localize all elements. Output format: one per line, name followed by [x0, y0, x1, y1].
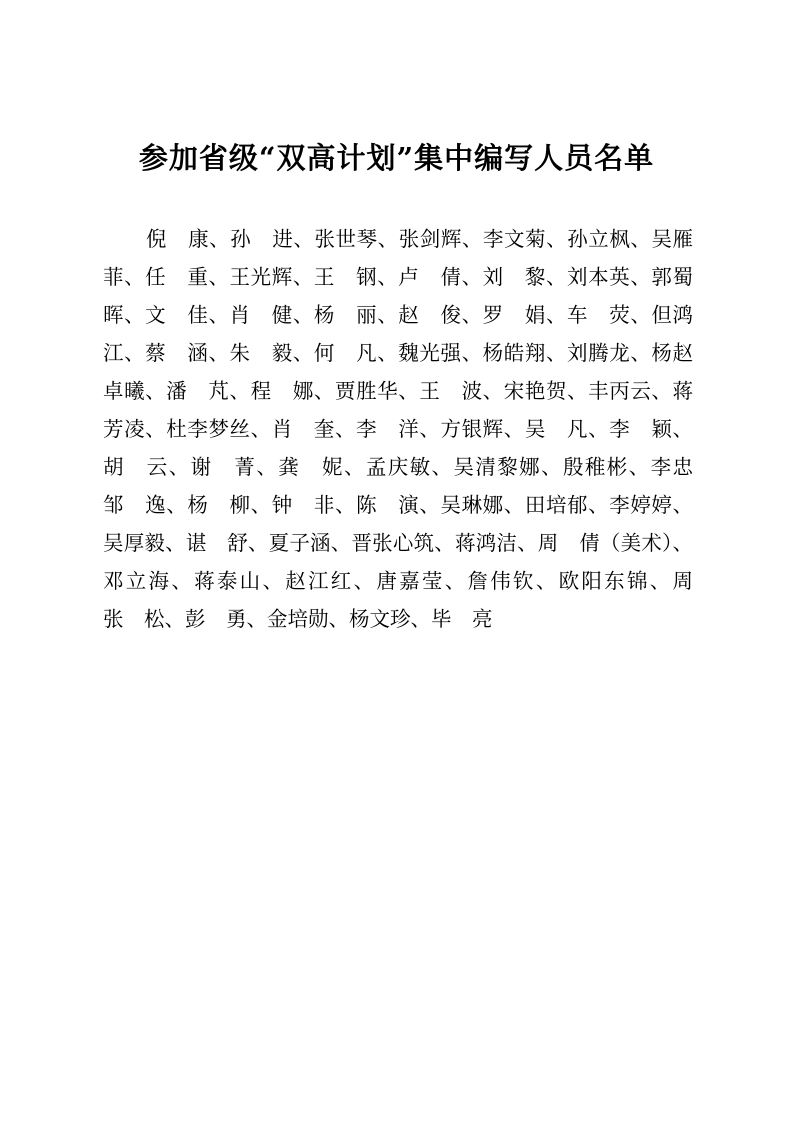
name-list-line: 晖、文 佳、肖 健、杨 丽、赵 俊、罗 娟、车 荧、但鸿 [103, 296, 693, 334]
name-list-line: 胡 云、谢 菁、龚 妮、孟庆敏、吴清黎娜、殷稚彬、李忠霖、 [103, 448, 693, 486]
name-list-line: 邹 逸、杨 柳、钟 非、陈 演、吴琳娜、田培郁、李婷婷、 [103, 486, 693, 524]
page-title: 参加省级“双高计划”集中编写人员名单 [0, 0, 793, 178]
document-page: 参加省级“双高计划”集中编写人员名单 倪 康、孙 进、张世琴、张剑辉、李文菊、孙… [0, 0, 793, 1122]
name-list-line: 卓曦、潘 芃、程 娜、贾胜华、王 波、宋艳贺、丰丙云、蒋 [103, 372, 693, 410]
name-list-line: 菲、任 重、王光辉、王 钢、卢 倩、刘 黎、刘本英、郭蜀 [103, 258, 693, 296]
name-list-line: 江、蔡 涵、朱 毅、何 凡、魏光强、杨皓翔、刘腾龙、杨赵 [103, 334, 693, 372]
name-list-paragraph: 倪 康、孙 进、张世琴、张剑辉、李文菊、孙立枫、吴雁 菲、任 重、王光辉、王 钢… [103, 220, 693, 638]
name-list-line: 倪 康、孙 进、张世琴、张剑辉、李文菊、孙立枫、吴雁 [103, 220, 693, 258]
name-list-line: 张 松、彭 勇、金培勋、杨文珍、毕 亮 [103, 600, 693, 638]
name-list-line: 芳凌、杜李梦丝、肖 奎、李 洋、方银辉、吴 凡、李 颖、 [103, 410, 693, 448]
name-list-line: 吴厚毅、谌 舒、夏子涵、晋张心筑、蒋鸿洁、周 倩（美术）、 [103, 524, 693, 562]
name-list-line: 邓立海、蒋泰山、赵江红、唐嘉莹、詹伟钦、欧阳东锦、周 舟、 [103, 562, 693, 600]
